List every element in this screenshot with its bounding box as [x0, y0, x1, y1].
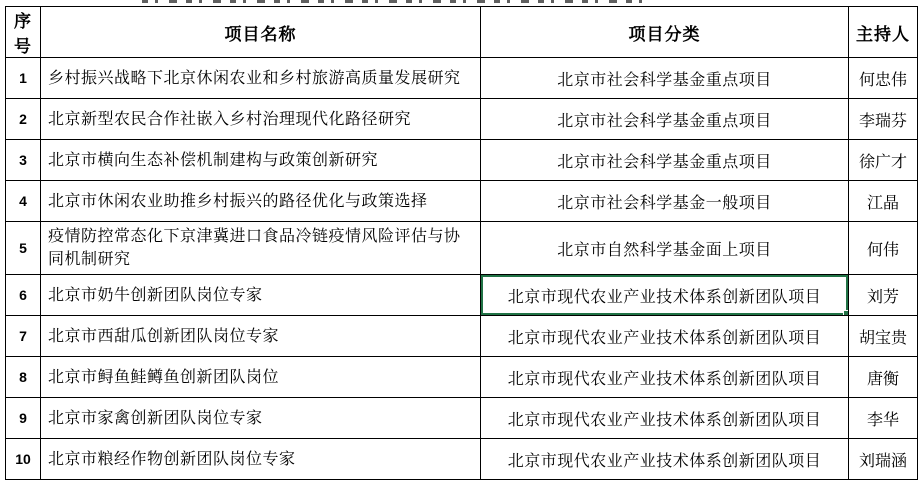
header-cell-host[interactable]: 主持人 — [849, 7, 918, 58]
cell-project-category[interactable]: 北京市社会科学基金重点项目 — [481, 140, 849, 181]
table-row: 1 乡村振兴战略下北京休闲农业和乡村旅游高质量发展研究 北京市社会科学基金重点项… — [6, 58, 918, 99]
cell-host-name[interactable]: 胡宝贵 — [849, 316, 918, 357]
table-row: 6 北京市奶牛创新团队岗位专家 北京市现代农业产业技术体系创新团队项目 刘芳 — [6, 275, 918, 316]
cell-project-name[interactable]: 北京市奶牛创新团队岗位专家 — [41, 275, 481, 316]
cell-project-category[interactable]: 北京市现代农业产业技术体系创新团队项目 — [481, 316, 849, 357]
projects-table: 序号 项目名称 项目分类 主持人 1 乡村振兴战略下北京休闲农业和乡村旅游高质量… — [5, 6, 918, 480]
header-cell-name[interactable]: 项目名称 — [41, 7, 481, 58]
cell-project-category[interactable]: 北京市社会科学基金重点项目 — [481, 58, 849, 99]
cell-row-number[interactable]: 7 — [6, 316, 41, 357]
cell-project-category[interactable]: 北京市现代农业产业技术体系创新团队项目 — [481, 357, 849, 398]
cell-project-category[interactable]: 北京市现代农业产业技术体系创新团队项目 — [481, 439, 849, 480]
cell-row-number[interactable]: 1 — [6, 58, 41, 99]
cell-row-number[interactable]: 4 — [6, 181, 41, 222]
cell-project-category[interactable]: 北京市社会科学基金一般项目 — [481, 181, 849, 222]
table-row: 7 北京市西甜瓜创新团队岗位专家 北京市现代农业产业技术体系创新团队项目 胡宝贵 — [6, 316, 918, 357]
project-category-text: 北京市现代农业产业技术体系创新团队项目 — [508, 289, 822, 306]
cell-project-name[interactable]: 北京市横向生态补偿机制建构与政策创新研究 — [41, 140, 481, 181]
cell-project-name[interactable]: 北京市鲟鱼鲑鳟鱼创新团队岗位 — [41, 357, 481, 398]
cell-host-name[interactable]: 徐广才 — [849, 140, 918, 181]
project-category-text: 北京市社会科学基金重点项目 — [557, 154, 772, 171]
cell-project-name[interactable]: 北京市家禽创新团队岗位专家 — [41, 398, 481, 439]
project-category-text: 北京市社会科学基金一般项目 — [557, 195, 772, 212]
table-row: 5 疫情防控常态化下京津冀进口食品冷链疫情风险评估与协同机制研究 北京市自然科学… — [6, 222, 918, 275]
header-cell-category[interactable]: 项目分类 — [481, 7, 849, 58]
project-category-text: 北京市现代农业产业技术体系创新团队项目 — [508, 371, 822, 388]
table-row: 4 北京市休闲农业助推乡村振兴的路径优化与政策选择 北京市社会科学基金一般项目 … — [6, 181, 918, 222]
project-category-text: 北京市现代农业产业技术体系创新团队项目 — [508, 453, 822, 470]
cell-row-number[interactable]: 10 — [6, 439, 41, 480]
cell-host-name[interactable]: 刘芳 — [849, 275, 918, 316]
table-row: 3 北京市横向生态补偿机制建构与政策创新研究 北京市社会科学基金重点项目 徐广才 — [6, 140, 918, 181]
header-row: 序号 项目名称 项目分类 主持人 — [6, 7, 918, 58]
table-body: 1 乡村振兴战略下北京休闲农业和乡村旅游高质量发展研究 北京市社会科学基金重点项… — [6, 58, 918, 480]
table-row: 8 北京市鲟鱼鲑鳟鱼创新团队岗位 北京市现代农业产业技术体系创新团队项目 唐衡 — [6, 357, 918, 398]
cell-row-number[interactable]: 3 — [6, 140, 41, 181]
header-cell-no[interactable]: 序号 — [6, 7, 41, 58]
project-category-text: 北京市现代农业产业技术体系创新团队项目 — [508, 330, 822, 347]
cell-project-category[interactable]: 北京市社会科学基金重点项目 — [481, 99, 849, 140]
table-row: 2 北京新型农民合作社嵌入乡村治理现代化路径研究 北京市社会科学基金重点项目 李… — [6, 99, 918, 140]
cell-project-name[interactable]: 北京市粮经作物创新团队岗位专家 — [41, 439, 481, 480]
project-category-text: 北京市社会科学基金重点项目 — [557, 113, 772, 130]
cell-host-name[interactable]: 何忠伟 — [849, 58, 918, 99]
cell-host-name[interactable]: 唐衡 — [849, 357, 918, 398]
cell-host-name[interactable]: 李瑞芬 — [849, 99, 918, 140]
cell-project-name[interactable]: 北京市休闲农业助推乡村振兴的路径优化与政策选择 — [41, 181, 481, 222]
table-row: 10 北京市粮经作物创新团队岗位专家 北京市现代农业产业技术体系创新团队项目 刘… — [6, 439, 918, 480]
cell-project-name[interactable]: 北京新型农民合作社嵌入乡村治理现代化路径研究 — [41, 99, 481, 140]
page: 序号 项目名称 项目分类 主持人 1 乡村振兴战略下北京休闲农业和乡村旅游高质量… — [0, 0, 920, 484]
cropped-title-fragment — [142, 0, 647, 3]
cell-project-category[interactable]: 北京市现代农业产业技术体系创新团队项目 — [481, 398, 849, 439]
cell-host-name[interactable]: 李华 — [849, 398, 918, 439]
cell-host-name[interactable]: 刘瑞涵 — [849, 439, 918, 480]
cell-project-name[interactable]: 乡村振兴战略下北京休闲农业和乡村旅游高质量发展研究 — [41, 58, 481, 99]
cell-row-number[interactable]: 5 — [6, 222, 41, 275]
project-category-text: 北京市自然科学基金面上项目 — [557, 242, 772, 259]
table-row: 9 北京市家禽创新团队岗位专家 北京市现代农业产业技术体系创新团队项目 李华 — [6, 398, 918, 439]
project-category-text: 北京市社会科学基金重点项目 — [557, 72, 772, 89]
cell-project-category[interactable]: 北京市现代农业产业技术体系创新团队项目 — [481, 275, 849, 316]
cell-project-name[interactable]: 北京市西甜瓜创新团队岗位专家 — [41, 316, 481, 357]
cell-row-number[interactable]: 8 — [6, 357, 41, 398]
cell-host-name[interactable]: 何伟 — [849, 222, 918, 275]
cell-project-category[interactable]: 北京市自然科学基金面上项目 — [481, 222, 849, 275]
cell-row-number[interactable]: 6 — [6, 275, 41, 316]
cell-host-name[interactable]: 江晶 — [849, 181, 918, 222]
cell-project-name[interactable]: 疫情防控常态化下京津冀进口食品冷链疫情风险评估与协同机制研究 — [41, 222, 481, 275]
project-category-text: 北京市现代农业产业技术体系创新团队项目 — [508, 412, 822, 429]
cell-row-number[interactable]: 9 — [6, 398, 41, 439]
cell-row-number[interactable]: 2 — [6, 99, 41, 140]
selection-fill-handle[interactable] — [843, 310, 849, 316]
